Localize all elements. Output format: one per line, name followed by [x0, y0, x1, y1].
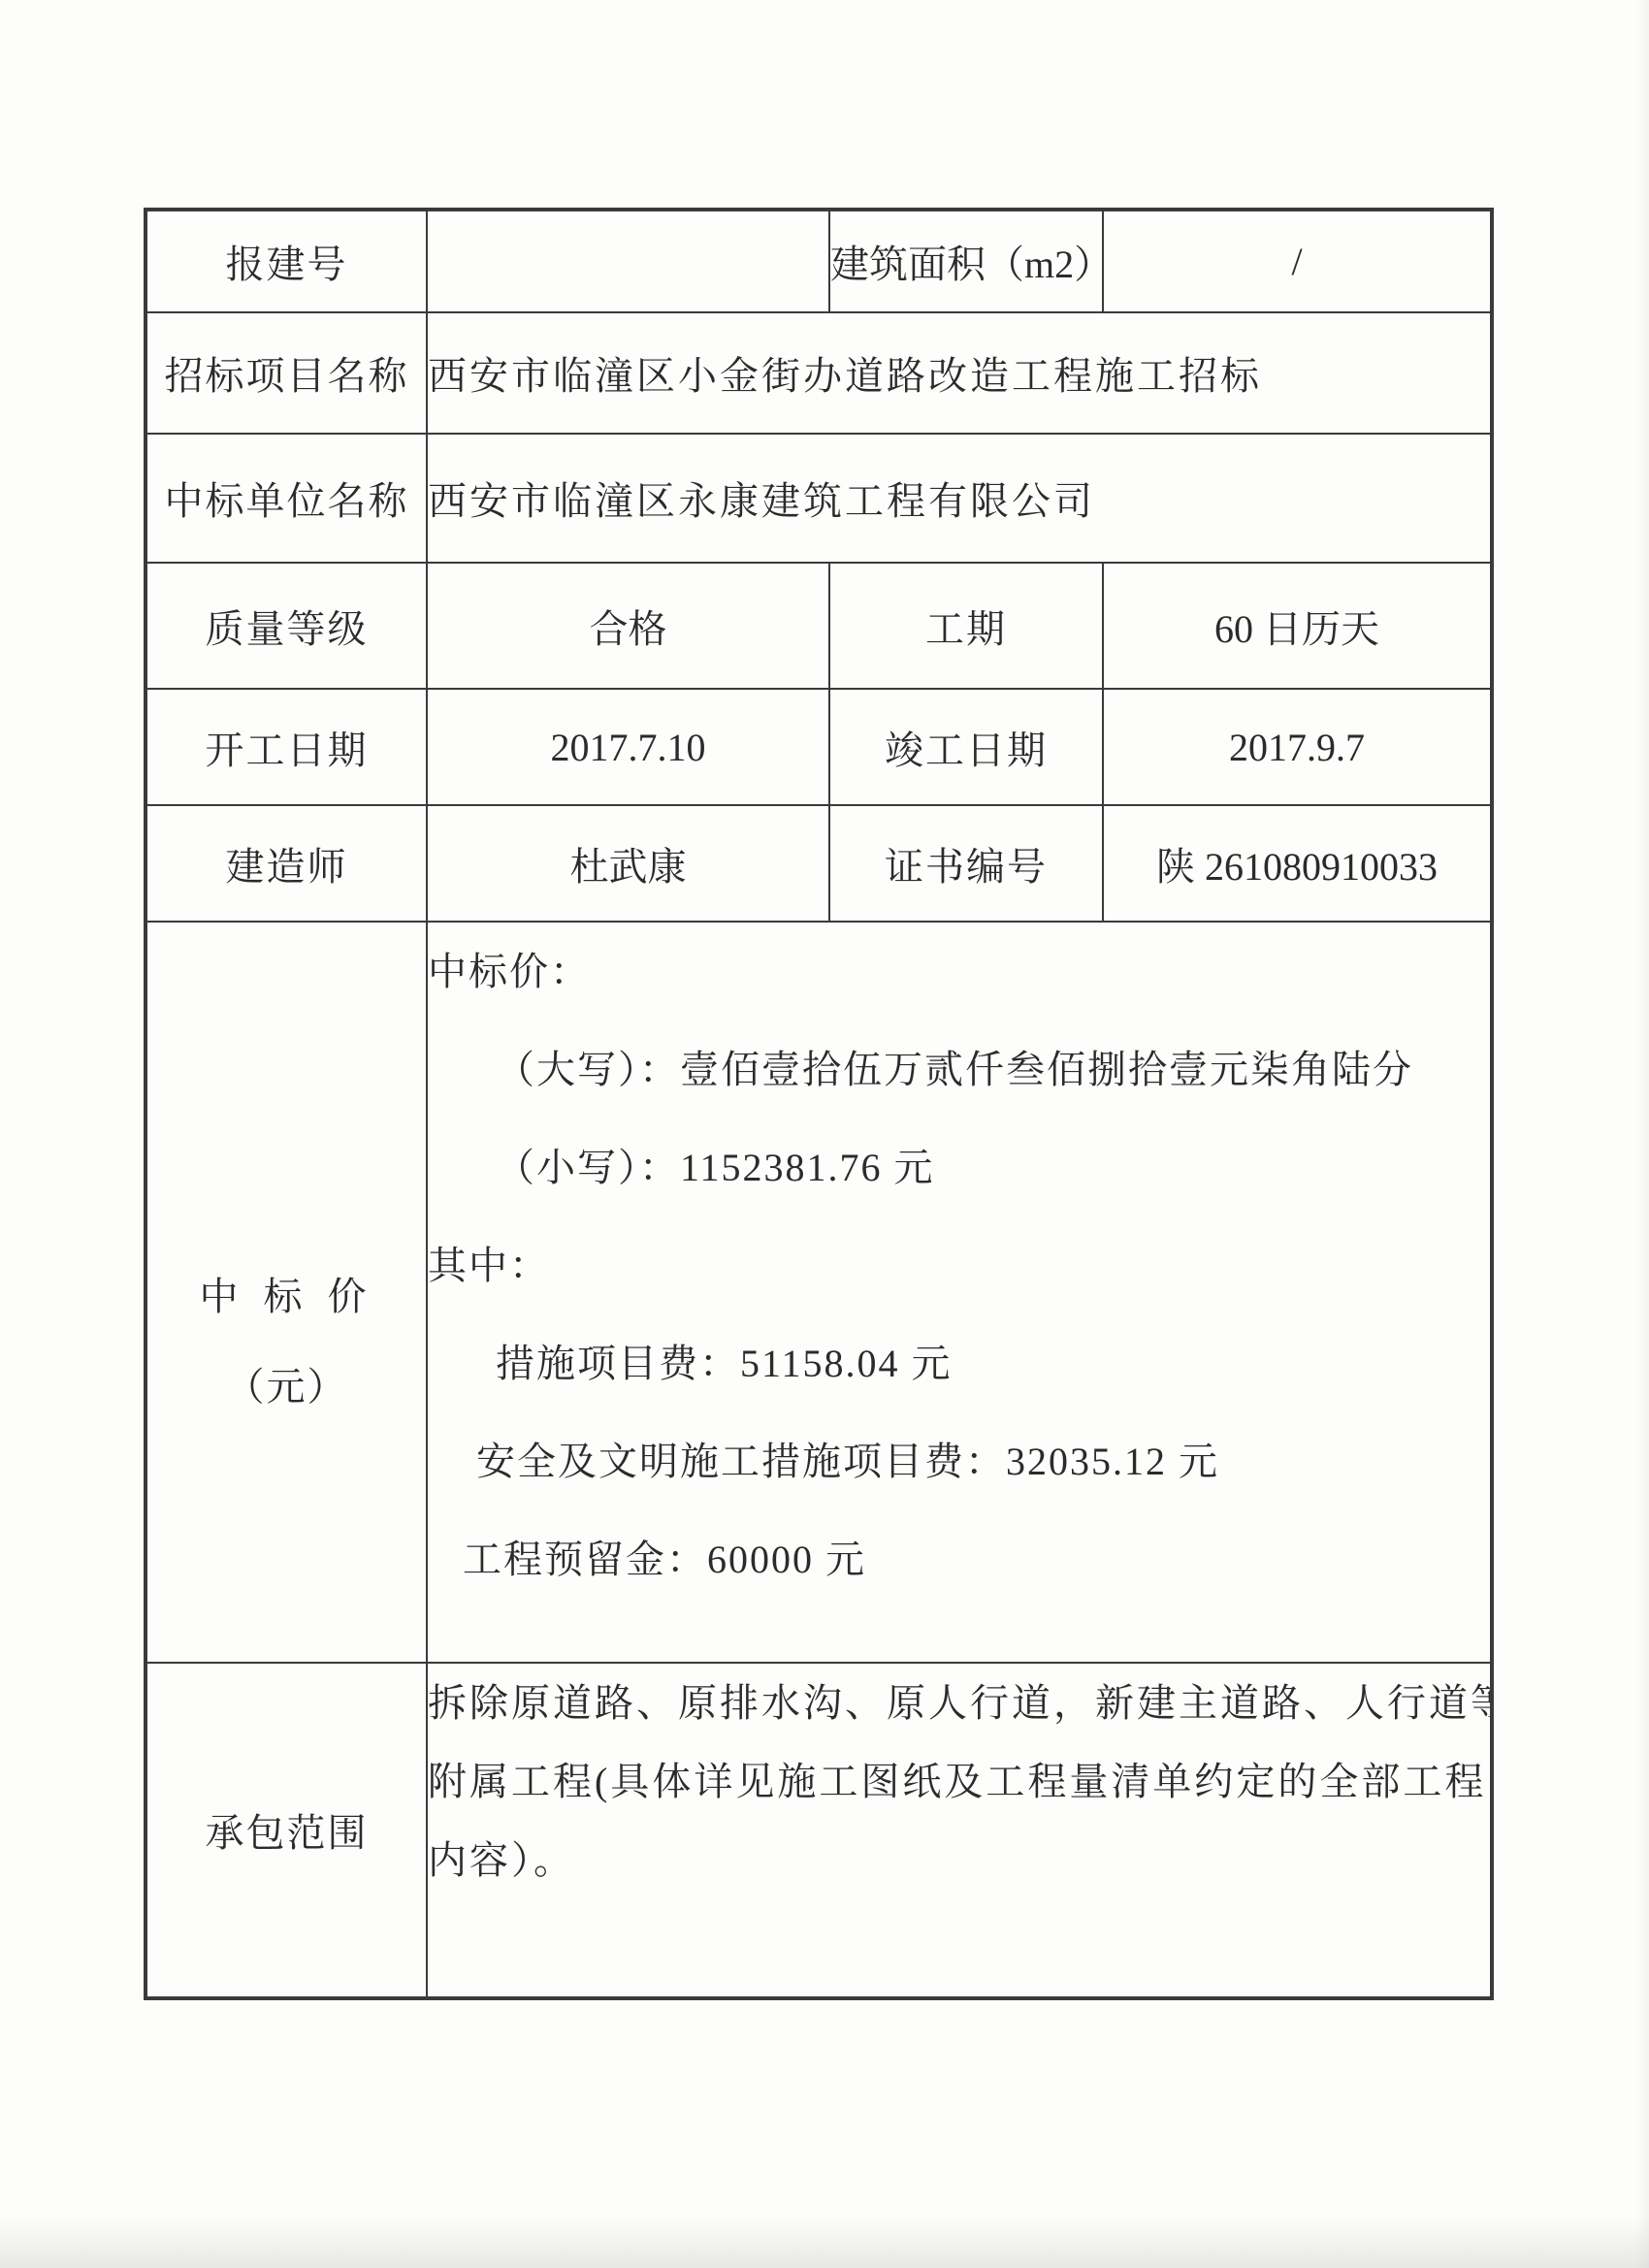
table-row: 承包范围 拆除原道路、原排水沟、原人行道，新建主道路、人行道等 附属工程(具体详…: [145, 1663, 1492, 1998]
scan-shadow-right: [1635, 0, 1649, 2268]
quality-grade-label: 质量等级: [145, 563, 427, 689]
contract-scope-label: 承包范围: [145, 1663, 427, 1998]
bid-result-table: 报建号 建筑面积（m2） / 招标项目名称 西安市临潼区小金街办道路改造工程施工…: [144, 208, 1494, 2000]
builder-value: 杜武康: [427, 805, 829, 922]
contract-scope-line2: 附属工程(具体详见施工图纸及工程量清单约定的全部工程: [428, 1742, 1490, 1821]
bid-price-in-figures: （小写）：1152381.76 元: [428, 1118, 1490, 1216]
bid-price-detail: 中标价： （大写）：壹佰壹拾伍万贰仟叁佰捌拾壹元柒角陆分 （小写）：115238…: [427, 922, 1492, 1663]
winning-company-label: 中标单位名称: [145, 434, 427, 563]
builder-label: 建造师: [145, 805, 427, 922]
table-row: 中标单位名称 西安市临潼区永康建筑工程有限公司: [145, 434, 1492, 563]
duration-label: 工期: [829, 563, 1103, 689]
certificate-number-value: 陕 261080910033: [1103, 805, 1492, 922]
contract-scope-line3: 内容）。: [428, 1821, 1490, 1899]
building-area-label: 建筑面积（m2）: [829, 210, 1103, 312]
bid-price-heading: 中标价：: [428, 923, 1490, 1021]
bid-price-label-line2: （元）: [147, 1356, 426, 1411]
table-row: 报建号 建筑面积（m2） /: [145, 210, 1492, 312]
start-date-value: 2017.7.10: [427, 689, 829, 805]
contract-scope-value: 拆除原道路、原排水沟、原人行道，新建主道路、人行道等 附属工程(具体详见施工图纸…: [427, 1663, 1492, 1998]
table-row: 质量等级 合格 工期 60 日历天: [145, 563, 1492, 689]
completion-date-value: 2017.9.7: [1103, 689, 1492, 805]
bid-price-label-line1: 中 标 价: [147, 1266, 426, 1321]
contract-scope-line1: 拆除原道路、原排水沟、原人行道，新建主道路、人行道等: [428, 1664, 1490, 1742]
bid-price-in-words: （大写）：壹佰壹拾伍万贰仟叁佰捌拾壹元柒角陆分: [428, 1021, 1490, 1118]
scan-shadow-bottom: [0, 2218, 1649, 2268]
project-reserve-fund: 工程预留金：60000 元: [428, 1510, 1490, 1608]
start-date-label: 开工日期: [145, 689, 427, 805]
building-area-value: /: [1103, 210, 1492, 312]
bid-price-label-text: 中 标 价 （元）: [147, 1266, 426, 1411]
duration-value: 60 日历天: [1103, 563, 1492, 689]
scanned-document-page: 报建号 建筑面积（m2） / 招标项目名称 西安市临潼区小金街办道路改造工程施工…: [0, 0, 1649, 2268]
tender-project-name-label: 招标项目名称: [145, 312, 427, 434]
bid-price-breakdown-heading: 其中：: [428, 1216, 1490, 1314]
certificate-number-label: 证书编号: [829, 805, 1103, 922]
report-number-label: 报建号: [145, 210, 427, 312]
winning-company-value: 西安市临潼区永康建筑工程有限公司: [427, 434, 1492, 563]
completion-date-label: 竣工日期: [829, 689, 1103, 805]
table-row: 建造师 杜武康 证书编号 陕 261080910033: [145, 805, 1492, 922]
table-row: 中 标 价 （元） 中标价： （大写）：壹佰壹拾伍万贰仟叁佰捌拾壹元柒角陆分 （…: [145, 922, 1492, 1663]
tender-project-name-value: 西安市临潼区小金街办道路改造工程施工招标: [427, 312, 1492, 434]
safety-civilized-fee: 安全及文明施工措施项目费：32035.12 元: [428, 1412, 1490, 1510]
bid-price-label: 中 标 价 （元）: [145, 922, 427, 1663]
table-row: 开工日期 2017.7.10 竣工日期 2017.9.7: [145, 689, 1492, 805]
report-number-value: [427, 210, 829, 312]
measures-fee: 措施项目费：51158.04 元: [428, 1314, 1490, 1412]
quality-grade-value: 合格: [427, 563, 829, 689]
table-row: 招标项目名称 西安市临潼区小金街办道路改造工程施工招标: [145, 312, 1492, 434]
